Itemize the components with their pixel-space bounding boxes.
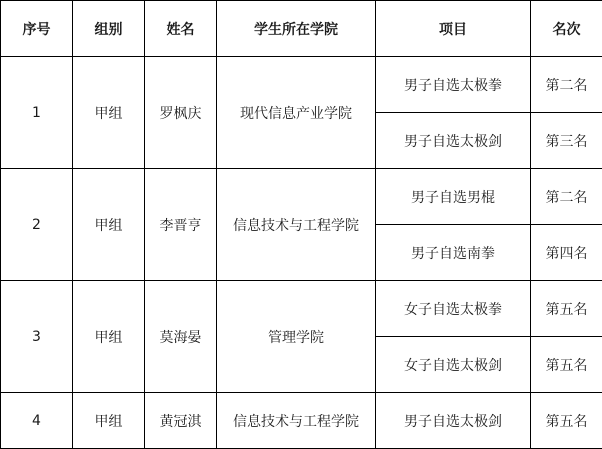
cell-event: 女子自选太极拳 [376, 281, 531, 337]
cell-event: 男子自选男棍 [376, 169, 531, 225]
cell-event: 女子自选太极剑 [376, 337, 531, 393]
award-table: 序号 组别 姓名 学生所在学院 项目 名次 1 甲组 罗枫庆 现代信息产业学院 … [0, 0, 602, 449]
cell-name: 莫海晏 [145, 281, 217, 393]
cell-seq: 4 [1, 393, 73, 449]
cell-college: 信息技术与工程学院 [217, 169, 376, 281]
table-row: 2 甲组 李晋亨 信息技术与工程学院 男子自选男棍 第二名 [1, 169, 602, 225]
cell-seq: 3 [1, 281, 73, 393]
cell-name: 罗枫庆 [145, 57, 217, 169]
cell-group: 甲组 [73, 169, 145, 281]
cell-rank: 第四名 [531, 225, 602, 281]
cell-seq: 2 [1, 169, 73, 281]
cell-rank: 第二名 [531, 169, 602, 225]
cell-event: 男子自选太极剑 [376, 393, 531, 449]
table-row: 3 甲组 莫海晏 管理学院 女子自选太极拳 第五名 [1, 281, 602, 337]
cell-rank: 第五名 [531, 337, 602, 393]
cell-group: 甲组 [73, 281, 145, 393]
header-college: 学生所在学院 [217, 1, 376, 57]
cell-rank: 第三名 [531, 113, 602, 169]
cell-rank: 第二名 [531, 57, 602, 113]
cell-college: 信息技术与工程学院 [217, 393, 376, 449]
cell-event: 男子自选太极拳 [376, 57, 531, 113]
cell-rank: 第五名 [531, 281, 602, 337]
cell-seq: 1 [1, 57, 73, 169]
cell-rank: 第五名 [531, 393, 602, 449]
header-rank: 名次 [531, 1, 602, 57]
table-row: 4 甲组 黄冠淇 信息技术与工程学院 男子自选太极剑 第五名 [1, 393, 602, 449]
cell-event: 男子自选太极剑 [376, 113, 531, 169]
cell-event: 男子自选南拳 [376, 225, 531, 281]
header-row: 序号 组别 姓名 学生所在学院 项目 名次 [1, 1, 602, 57]
header-group: 组别 [73, 1, 145, 57]
cell-group: 甲组 [73, 57, 145, 169]
header-event: 项目 [376, 1, 531, 57]
cell-college: 管理学院 [217, 281, 376, 393]
header-seq: 序号 [1, 1, 73, 57]
cell-name: 黄冠淇 [145, 393, 217, 449]
header-name: 姓名 [145, 1, 217, 57]
table-row: 1 甲组 罗枫庆 现代信息产业学院 男子自选太极拳 第二名 [1, 57, 602, 113]
cell-college: 现代信息产业学院 [217, 57, 376, 169]
cell-group: 甲组 [73, 393, 145, 449]
cell-name: 李晋亨 [145, 169, 217, 281]
